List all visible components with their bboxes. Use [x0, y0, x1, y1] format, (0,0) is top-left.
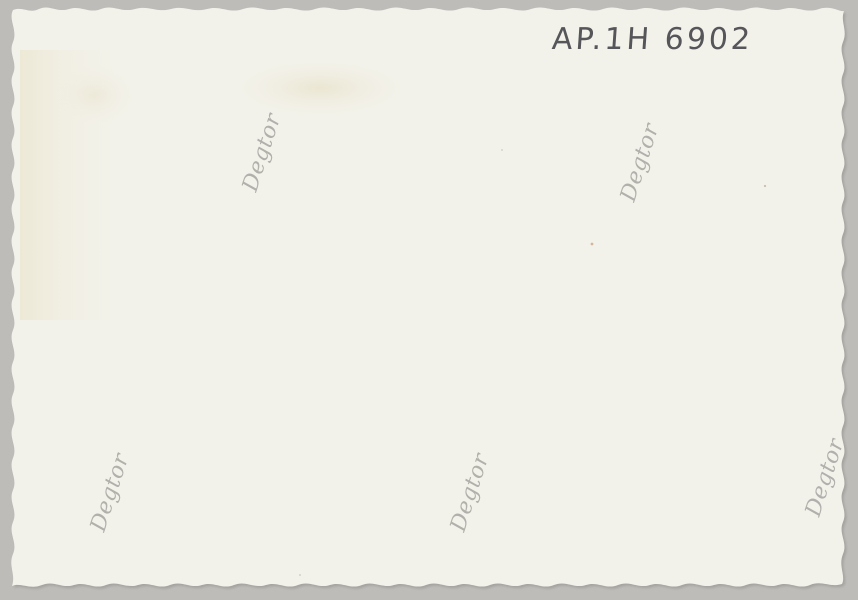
- photo-verso-scene: AP.1H 6902 Degtor Degtor Degtor Degtor D…: [0, 0, 858, 600]
- inventory-number-handwriting: AP.1H 6902: [551, 22, 754, 57]
- deckled-paper: [0, 0, 858, 600]
